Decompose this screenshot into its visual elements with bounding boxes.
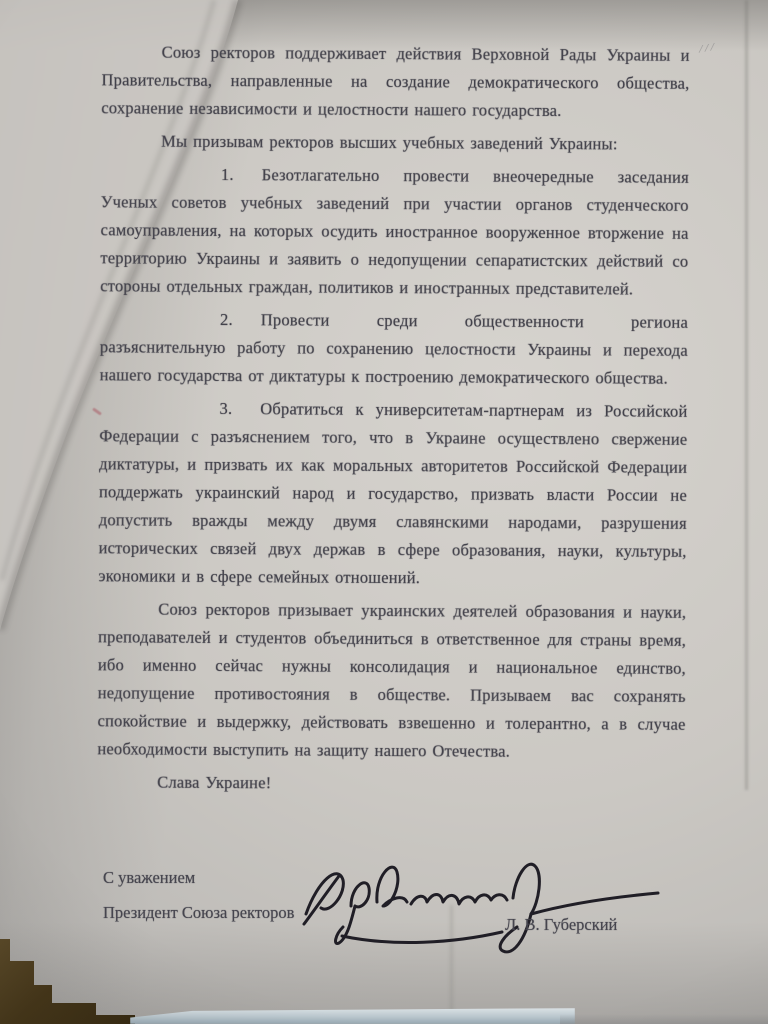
paragraph-text: Союз ректоров призывает украинских деяте… — [97, 600, 686, 761]
paragraph: 3.Обратиться к университетам-партнерам и… — [98, 394, 687, 594]
paragraph-list: Союз ректоров поддерживает действия Верх… — [97, 38, 690, 800]
paragraph: 2.Провести среди общественности региона … — [100, 305, 689, 393]
paragraph-number: 2. — [160, 306, 233, 334]
paragraph: Союз ректоров поддерживает действия Верх… — [101, 38, 690, 126]
paragraph: Союз ректоров призывает украинских деяте… — [97, 595, 686, 767]
paper-bottom-shadow — [560, 1014, 768, 1024]
document-body: Союз ректоров поддерживает действия Верх… — [0, 0, 768, 1024]
paragraph-text: Обратиться к университетам-партнерам из … — [98, 399, 687, 587]
paragraph: Мы призывам ректоров высших учебных заве… — [101, 127, 689, 159]
paragraph-text: Слава Украине! — [157, 773, 271, 793]
paragraph-number: 1. — [161, 161, 234, 189]
paragraph: Слава Украине! — [97, 768, 685, 800]
paragraph-number: 3. — [159, 395, 232, 423]
photographed-document: ⁄⁄⁄ Союз ректоров поддерживает действия … — [0, 0, 768, 1024]
paragraph-text: Союз ректоров поддерживает действия Верх… — [101, 43, 689, 120]
paragraph: 1.Безотлагательно провести внеочередные … — [100, 160, 689, 304]
paragraph-text: Мы призывам ректоров высших учебных заве… — [161, 132, 618, 154]
